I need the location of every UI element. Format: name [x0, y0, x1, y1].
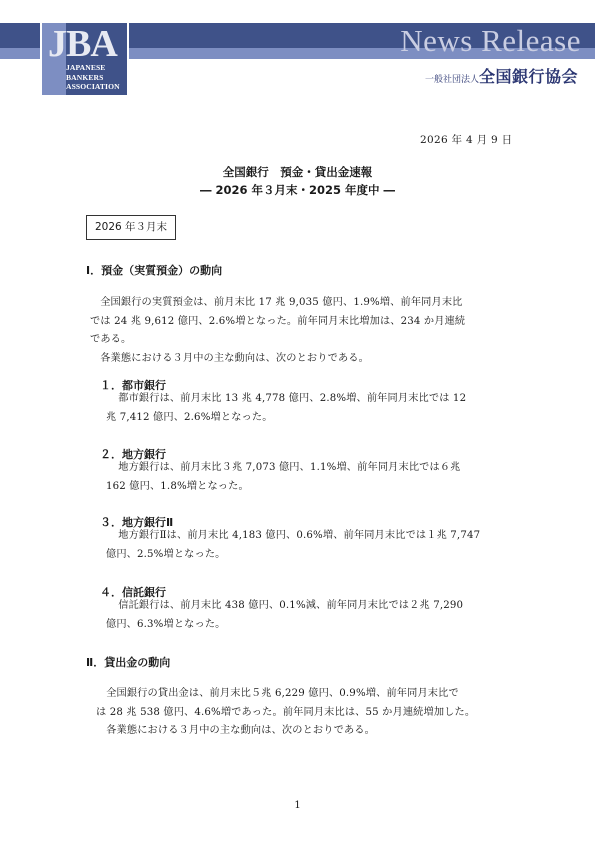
news-release-header: JBA JAPANESE BANKERS ASSOCIATION News Re…	[0, 0, 595, 100]
logo-sub-line: BANKERS	[66, 73, 120, 83]
org-prefix: 一般社団法人	[425, 75, 479, 85]
header-band-left-dark	[0, 23, 40, 48]
city-banks-text: 都市銀行は、前月末比 13 兆 4,778 億円、2.8%増、前年同月末比では …	[106, 390, 536, 427]
period-box: 2026 年３月末	[86, 215, 176, 240]
logo-subtitle: JAPANESE BANKERS ASSOCIATION	[66, 63, 120, 92]
deposits-intro: 全国銀行の実質預金は、前月末比 17 兆 9,035 億円、1.9%増、前年同月…	[90, 294, 530, 368]
title-line-2: ― 2026 年３月末・2025 年度中 ―	[0, 181, 595, 199]
organization-name: 一般社団法人全国銀行協会	[425, 64, 578, 87]
section-heading-deposits: Ⅰ．預金（実質預金）の動向	[86, 262, 222, 278]
text-line: 162 億円、1.8%増となった。	[106, 478, 536, 497]
page-number: 1	[0, 800, 595, 811]
title-line-1: 全国銀行 預金・貸出金速報	[0, 163, 595, 181]
text-line: である。	[90, 331, 530, 350]
logo-sub-line: ASSOCIATION	[66, 82, 120, 92]
jba-logo: JBA JAPANESE BANKERS ASSOCIATION	[42, 23, 127, 95]
text-line: 地方銀行は、前月末比３兆 7,073 億円、1.1%増、前年同月末比では６兆	[106, 459, 536, 478]
text-line: 地方銀行Ⅱは、前月末比 4,183 億円、0.6%増、前年同月末比では１兆 7,…	[106, 527, 536, 546]
text-line: 信託銀行は、前月末比 438 億円、0.1%減、前年同月末比では２兆 7,290	[106, 597, 536, 616]
regional-banks-ii-text: 地方銀行Ⅱは、前月末比 4,183 億円、0.6%増、前年同月末比では１兆 7,…	[106, 527, 536, 564]
document-title: 全国銀行 預金・貸出金速報 ― 2026 年３月末・2025 年度中 ―	[0, 163, 595, 199]
text-line: 全国銀行の実質預金は、前月末比 17 兆 9,035 億円、1.9%増、前年同月…	[90, 294, 530, 313]
text-line: 兆 7,412 億円、2.6%増となった。	[106, 409, 536, 428]
text-line: 全国銀行の貸出金は、前月末比５兆 6,229 億円、0.9%増、前年同月末比で	[96, 685, 536, 704]
org-name: 全国銀行協会	[479, 67, 578, 86]
header-band-left-light	[0, 48, 40, 59]
trust-banks-text: 信託銀行は、前月末比 438 億円、0.1%減、前年同月末比では２兆 7,290…	[106, 597, 536, 634]
banner-title: News Release	[400, 24, 581, 58]
text-line: では 24 兆 9,612 億円、2.6%増となった。前年同月末比増加は、234…	[90, 313, 530, 332]
text-line: は 28 兆 538 億円、4.6%増であった。前年同月末比は、55 か月連続増…	[96, 704, 536, 723]
logo-text: JBA	[48, 25, 117, 63]
text-line: 億円、2.5%増となった。	[106, 546, 536, 565]
section-heading-loans: Ⅱ．貸出金の動向	[86, 654, 170, 670]
text-line: 億円、6.3%増となった。	[106, 616, 536, 635]
text-line: 各業態における３月中の主な動向は、次のとおりである。	[96, 722, 536, 741]
release-date: 2026 年 4 月 9 日	[420, 132, 512, 147]
regional-banks-text: 地方銀行は、前月末比３兆 7,073 億円、1.1%増、前年同月末比では６兆 1…	[106, 459, 536, 496]
text-line: 各業態における３月中の主な動向は、次のとおりである。	[90, 350, 530, 369]
loans-intro: 全国銀行の貸出金は、前月末比５兆 6,229 億円、0.9%増、前年同月末比で …	[96, 685, 536, 741]
logo-sub-line: JAPANESE	[66, 63, 120, 73]
text-line: 都市銀行は、前月末比 13 兆 4,778 億円、2.8%増、前年同月末比では …	[106, 390, 536, 409]
